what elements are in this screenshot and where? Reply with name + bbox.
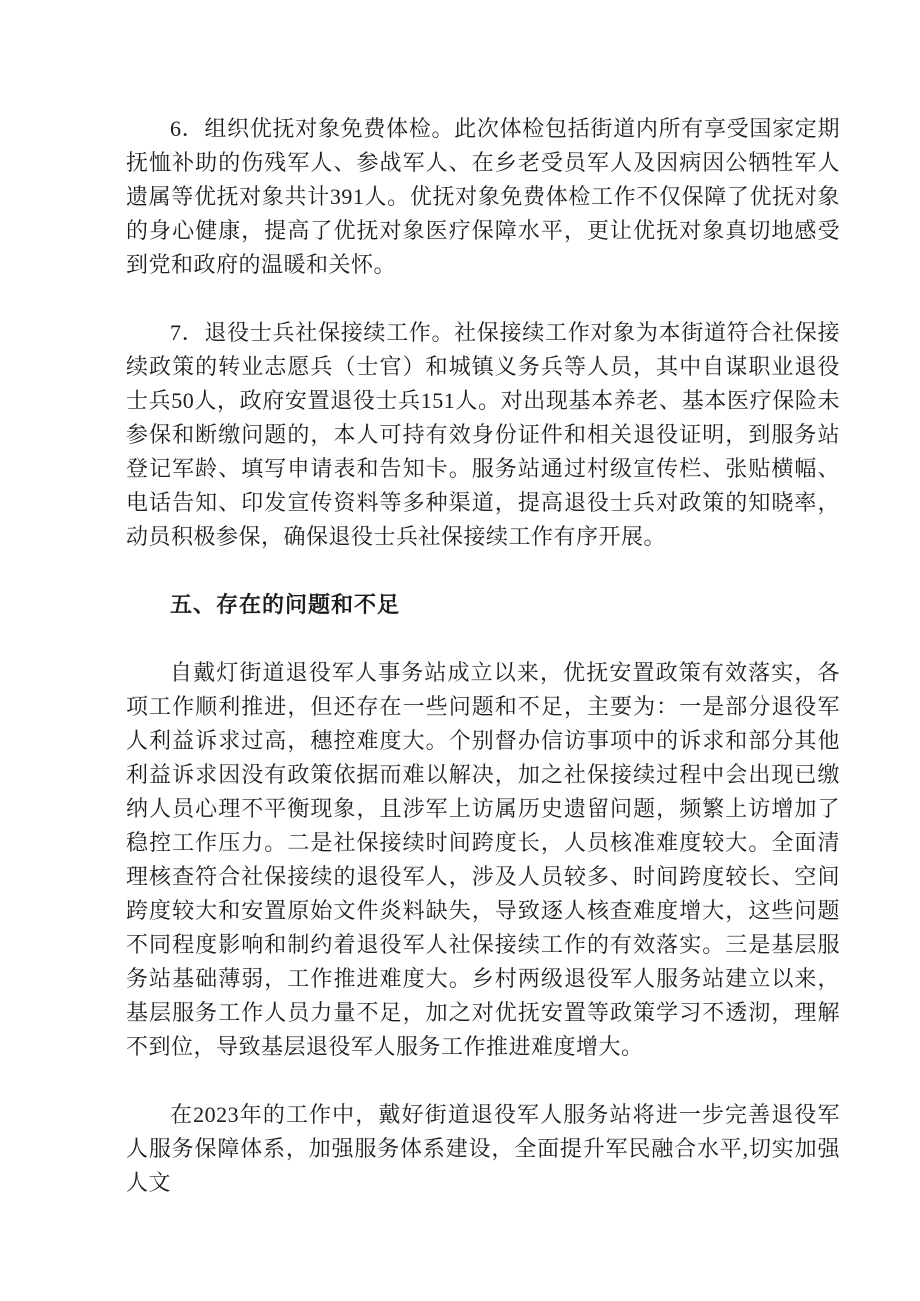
paragraph-problems-detail: 自戴灯街道退役军人事务站成立以来，优抚安置政策有效落实，各项工作顺利推进，但还存… (126, 656, 840, 1064)
paragraph-2023-outlook: 在2023年的工作中，戴好街道退役军人服务站将进一步完善退役军人服务保障体系，加… (126, 1098, 840, 1200)
document-page: 6．组织优抚对象免费体检。此次体检包括街道内所有享受国家定期抚恤补助的伤残军人、… (0, 0, 920, 1301)
paragraph-item-7-social-security: 7．退役士兵社保接续工作。社保接续工作对象为本街道符合社保接续政策的转业志愿兵（… (126, 316, 840, 554)
section-heading-problems: 五、存在的问题和不足 (126, 588, 840, 622)
paragraph-item-6-free-checkup: 6．组织优抚对象免费体检。此次体检包括街道内所有享受国家定期抚恤补助的伤残军人、… (126, 112, 840, 282)
